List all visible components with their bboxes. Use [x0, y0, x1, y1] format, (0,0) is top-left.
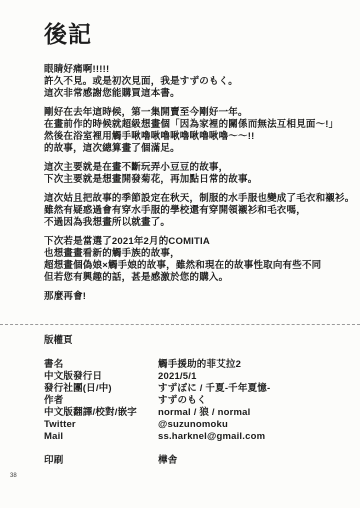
colophon-row: Mail ss.harknel@gmail.com: [44, 431, 350, 443]
afterword-line: 下次主要就是想畫開發菊花，再加點日常的故事。: [44, 174, 350, 186]
afterword-paragraph: 剛好在去年這時候，第一集開賣至今剛好一年。 在畫前作的時候就超級想畫個「因為家裡…: [44, 107, 350, 155]
afterword-line: 這次主要就是在畫不斷玩弄小豆豆的故事，: [44, 162, 350, 174]
afterword-line: 超想畫個偽娘×觸手娘的故事，雖然和現在的故事性取向有些不同: [44, 260, 350, 272]
afterword-paragraph: 眼睛好痛啊!!!!! 許久不見。或是初次見面，我是すずのもく。 這次非常感謝您能…: [44, 64, 350, 100]
colophon-label: 印刷: [44, 455, 158, 467]
afterword-line: 也想畫畫看新的觸手族的故事，: [44, 248, 350, 260]
afterword-line: 下次若是當選了2021年2月的COMITIA: [44, 236, 350, 248]
afterword-line: 眼睛好痛啊!!!!!: [44, 64, 350, 76]
afterword-line: 這次姑且把故事的季節設定在秋天，制服的水手服也變成了毛衣和襯衫。: [44, 193, 350, 205]
colophon-value: すずのもく: [158, 395, 207, 407]
colophon-label: Twitter: [44, 419, 158, 431]
afterword-line: 雖然有疑惑過會有穿水手服的學校還有穿開領襯衫和毛衣嗎，: [44, 205, 350, 217]
afterword-section: 後記 眼睛好痛啊!!!!! 許久不見。或是初次見面，我是すずのもく。 這次非常感…: [0, 0, 360, 303]
colophon-row: 印刷 樺舎: [44, 455, 350, 467]
colophon-rows: 書名 觸手援助的菲艾拉2 中文版發行日 2021/5/1 發行社團(日/中) す…: [44, 359, 350, 467]
afterword-title: 後記: [44, 20, 350, 48]
afterword-line: 然後在浴室裡用觸手啾嚕啾嚕啾嚕啾嚕啾嚕～～!!: [44, 131, 350, 143]
afterword-paragraph: 下次若是當選了2021年2月的COMITIA 也想畫畫看新的觸手族的故事， 超想…: [44, 236, 350, 284]
colophon-label: 書名: [44, 359, 158, 371]
colophon-row: 作者 すずのもく: [44, 395, 350, 407]
page-number: 38: [10, 472, 17, 480]
colophon-value: すずぽに / 千夏-千年夏憶-: [158, 383, 270, 395]
colophon-value: 樺舎: [158, 455, 177, 467]
afterword-line: 那麼再會!: [44, 291, 350, 303]
colophon-row: 中文版發行日 2021/5/1: [44, 371, 350, 383]
afterword-paragraph: 這次姑且把故事的季節設定在秋天，制服的水手服也變成了毛衣和襯衫。 雖然有疑惑過會…: [44, 193, 350, 229]
afterword-line: 這次非常感謝您能購買這本書。: [44, 88, 350, 100]
colophon-label: 作者: [44, 395, 158, 407]
afterword-page: 後記 眼睛好痛啊!!!!! 許久不見。或是初次見面，我是すずのもく。 這次非常感…: [0, 0, 360, 508]
afterword-line: 許久不見。或是初次見面，我是すずのもく。: [44, 76, 350, 88]
afterword-line: 的故事，這次總算畫了個滿足。: [44, 143, 350, 155]
afterword-line: 不過因為我想畫所以就畫了。: [44, 217, 350, 229]
colophon-row: 發行社團(日/中) すずぽに / 千夏-千年夏憶-: [44, 383, 350, 395]
colophon-row: Twitter @suzunomoku: [44, 419, 350, 431]
colophon-label: 中文版翻譯/校對/嵌字: [44, 407, 158, 419]
colophon-section: 版權頁 書名 觸手援助的菲艾拉2 中文版發行日 2021/5/1 發行社團(日/…: [0, 325, 360, 467]
colophon-row: 中文版翻譯/校對/嵌字 normal / 狼 / normal: [44, 407, 350, 419]
colophon-label: Mail: [44, 431, 158, 443]
afterword-line: 但若您有興趣的話，甚是感激於您的購入。: [44, 272, 350, 284]
afterword-line: 在畫前作的時候就超級想畫個「因為家裡的關係而無法互相見面～!」: [44, 119, 350, 131]
colophon-label: 發行社團(日/中): [44, 383, 158, 395]
colophon-value: @suzunomoku: [158, 419, 228, 431]
colophon-value: 2021/5/1: [158, 371, 197, 383]
colophon-heading: 版權頁: [44, 335, 350, 347]
afterword-paragraph: 那麼再會!: [44, 291, 350, 303]
colophon-value: 觸手援助的菲艾拉2: [158, 359, 241, 371]
colophon-row: 書名 觸手援助的菲艾拉2: [44, 359, 350, 371]
colophon-value: ss.harknel@gmail.com: [158, 431, 265, 443]
afterword-line: 剛好在去年這時候，第一集開賣至今剛好一年。: [44, 107, 350, 119]
colophon-label: 中文版發行日: [44, 371, 158, 383]
afterword-paragraph: 這次主要就是在畫不斷玩弄小豆豆的故事， 下次主要就是想畫開發菊花，再加點日常的故…: [44, 162, 350, 186]
colophon-value: normal / 狼 / normal: [158, 407, 250, 419]
